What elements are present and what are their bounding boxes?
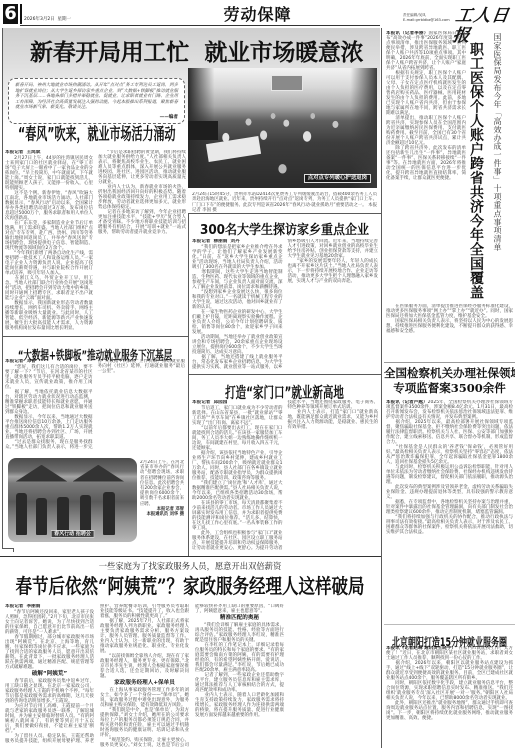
article-text: “我们会详细了解雇主家庭的具体需求，再从服务员的技能、性格、经验等方面进行综合评… [195,623,284,718]
article-body-spring: 本报记者 王鸿斌 2月27日上午，44岁的往湾镇居民周女士来到家门口的社区就业驿… [5,150,186,333]
article-title-spring: “春风”吹来，就业市场活力涌动 [18,126,175,144]
divider-bottom-story [0,556,381,557]
person-silhouette [16,493,28,535]
article-text: 节后返工，家门口就业成为不少劳动者的新选择。在山东省某县，一批“就业驿站”“零工… [192,400,378,553]
divider-students-top [188,213,381,214]
frame-corner-notch [13,548,14,552]
divider-right-2 [384,624,515,625]
subhead: 破解“阿姨荒” [5,670,94,679]
article-body-procuratorate: 本报讯（记者卢越）2025年，全国检察机关办理涉社保领域专项监督案件3500余件… [386,400,513,622]
article-text: 国家医保局日前发布“高效办成一件事”2026年度第一批重点事项清单，推出医保服务… [386,31,466,181]
job-fair-photo: 春风行动 招聘会 [8,458,137,542]
person-silhouette [103,492,115,536]
article-text: “我们的想法是把家乡企业推介给在外求学的学子，让他们了解家乡产业发展新变化。”日… [192,239,378,372]
newspaper-page: 6 2026年3月2日 星期一 劳动保障 责任编辑/吴凤 E-mail:grrb… [0,0,515,748]
article-text: “在家门口就能找工作，太方便了！”近日，在北京市朝阳区某社区就业服务站，求职者刘… [386,646,513,721]
article-text: “您好，我们这儿有合适的岗位，要不要了解一下？”节后，在河北省某市的社区里，就业… [5,359,185,454]
article-kicker-housekeeping: 一些家庭为了找家政服务人员，愿意开出双倍薪资 [0,561,380,571]
job-fair-photo-caption: 2月24日上午，在河北省某市举办的“春风行动”招聘会现场，求职者在招聘摊位前咨询… [140,460,184,548]
article-body-medical-top: 本报讯（记者李丽）国家医保局日前发布“高效办成一件事”2026年度第一批重点事项… [386,31,466,302]
caption-text: 2月24日上午，在河北省某市举办的“春风行动”招聘会现场，求职者在招聘摊位前咨询… [140,460,184,507]
editor-intro-box: 新春开局，神州大地就业市场热潮涌动。从开年“点对点”务工专列送员工返岗，到多地扩… [8,78,185,124]
person-silhouette [36,498,46,535]
editor-email: E-mail:grrbldbz@163.com [403,18,450,23]
photo-overlay-label: 点对点专列暖心护送返岗 [304,174,371,183]
train-photo-caption: 2月24日15时45分，贵州赤水站D2414次免费务工专列缓缓驶出站台，搭载40… [192,192,377,212]
article-text: “春节后阿姨还没回来，家里老人孩子没人照顾，急得团团转。”2月下旬，北京市民张女… [5,610,94,670]
divider-right-1 [384,362,515,363]
title-text: 春节后依然“阿姨荒”？家政服务经理人这样破局 [16,575,365,598]
photo-overlay-label: 春风行动 招聘会 [50,530,95,539]
subhead: 家政服务经理人+保单员 [100,679,189,688]
article-title-procuratorate: 全国检察机关办理社保领域 专项监督案3500余件 [384,366,515,396]
article-body-bigdata: 本报记者 邓智 “您好，我们这儿有合适的岗位，要不要了解一下？”节后，在河北省某… [5,359,185,454]
article-title-chaoyang: 北京朝阳打造15分钟就业服务圈 [384,628,515,647]
lead-headline: 新春开局用工忙 就业市场暖意浓 [30,40,363,67]
caption-text: 2月24日15时45分，贵州赤水站D2414次免费务工专列缓缓驶出站台，搭载40… [192,192,377,212]
article-title-doorstep: 打造“家门口”就业新高地 [188,379,381,398]
header-rule [20,25,380,26]
article-title-housekeeping: 春节后依然“阿姨荒”？家政服务经理人这样破局 [0,575,380,594]
article-text: 2月27日上午，44岁的往湾镇居民周女士来到家门口的社区就业驿站，在“零工市场”… [5,150,186,333]
article-body-medical-bottom: 在医保服务方面，清单提出推进医保经办服务标准化建设，推动更多医保服务事项“网上办… [386,304,513,361]
article-body-doorstep: 本报记者 邱园园 节后返工，家门口就业成为不少劳动者的新选择。在山东省某县，一批… [192,400,378,553]
editor-info: 责任编辑/吴凤 E-mail:grrbldbz@163.com [403,13,450,22]
tent-awning-detail [73,465,125,482]
article-kicker-medical: 国家医保局发布今年「高效办成一件事」十项重点事项清单 [493,33,502,251]
train-photo: 点对点专列暖心护送返岗 [188,68,377,188]
article-body-housekeeping: 本报记者 李丽娟 “春节后阿姨还没回来，家里老人孩子没人照顾，急得团团转。”2月… [5,604,379,748]
train-wall-detail [188,121,218,140]
subhead: 精准匹配的奥秘 [195,614,284,623]
train-screen-detail [271,75,303,91]
intro-signature: ——编者 [160,114,178,120]
article-title-students: 300名大学生探访家乡重点企业 [188,218,381,237]
divider-doorstep-top [188,374,381,375]
right-column-divider [381,28,382,748]
divider-bigdata-top [2,336,188,337]
photo-credit: 本报通讯员 刘华 摄 [140,512,184,517]
article-body-students: 本报记者 柳丽娟 刘丹 “我们的想法是把家乡企业推介给在外求学的学子，让他们了解… [192,239,378,372]
article-body-chaoyang: 本报讯（记者赵琳 通讯员王晓宇）“在家门口就能找工作，太方便了！”近日，在北京市… [386,646,513,748]
title-line-1: 全国检察机关办理社保领域 [384,366,515,381]
article-title-medical: 职工医保个人账户跨省共济今年全国覆盖 [468,42,484,299]
intro-text: 新春开局，神州大地就业市场热潮涌动。从开年“点对点”务工专列送员工返岗，到多地扩… [15,83,178,111]
title-line-2: 专项监督案3500余件 [384,381,515,396]
article-title-bigdata: “大数据+铁脚板”推动就业服务下沉基层 [2,341,188,360]
article-text: 2025年，全国检察机关办理涉社保领域专项监督案件3500余件，涉案金额8.4亿… [386,400,513,535]
title-text: 300名大学生探访家乡重点企业 [200,222,369,237]
tent-awning-detail [16,465,68,482]
